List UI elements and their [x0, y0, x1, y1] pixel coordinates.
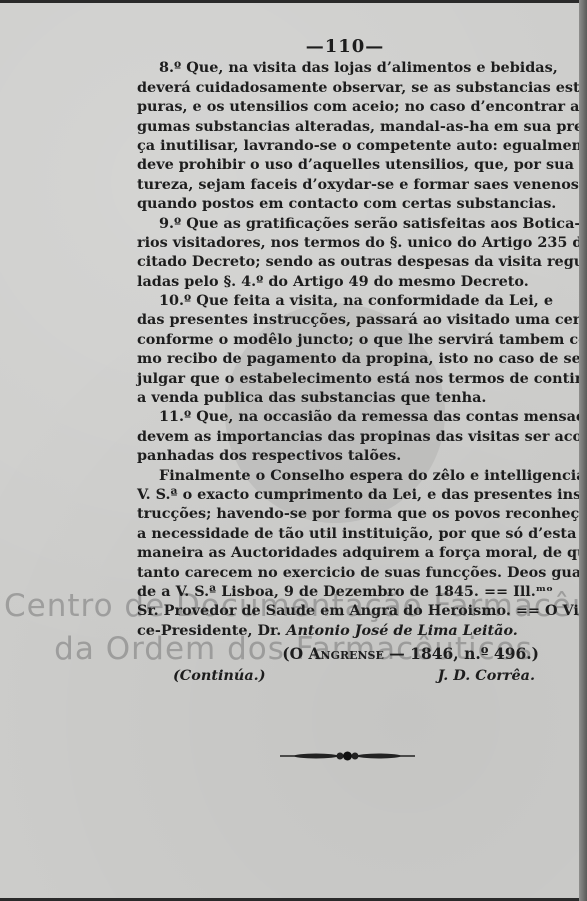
paragraph-item-8: 8.º Que, na visita das lojas d’alimentos…	[137, 58, 553, 213]
text-line: 10.º Que feita a visita, na conformidade…	[137, 291, 553, 310]
text-line: julgar que o estabelecimento está nos te…	[137, 369, 553, 388]
text-line: deverá cuidadosamente observar, se as su…	[137, 78, 553, 97]
text-line: ce-Presidente, Dr. Antonio José de Lima …	[137, 621, 553, 640]
text-line: gumas substancias alteradas, mandal-as-h…	[137, 117, 553, 136]
continued-note: (Continúa.)	[173, 666, 266, 685]
source-journal: Angrense	[308, 644, 383, 663]
text-line: das presentes instrucções, passará ao vi…	[137, 310, 553, 329]
signatory-name: Antonio José de Lima Leitão.	[286, 622, 518, 639]
text-line: a necessidade de tão util instituição, p…	[137, 524, 553, 543]
text-line: Finalmente o Conselho espera do zêlo e i…	[137, 466, 553, 485]
signatory-title: ce-Presidente, Dr.	[137, 622, 286, 639]
text-line: devem as importancias das propinas das v…	[137, 427, 553, 446]
text-line: ça inutilisar, lavrando-se o competente …	[137, 136, 553, 155]
text-line: mo recibo de pagamento da propina, isto …	[137, 349, 553, 368]
footer-line: (Continúa.) J. D. Corrêa.	[137, 666, 553, 685]
text-line: puras, e os utensilios com aceio; no cas…	[137, 97, 553, 116]
page-number: —110—	[137, 37, 553, 56]
text-line: tureza, sejam faceis d’oxydar-se e forma…	[137, 175, 553, 194]
paragraph-item-10: 10.º Que feita a visita, na conformidade…	[137, 291, 553, 407]
text-line: Sr. Provedor de Saude em Angra do Herois…	[137, 601, 553, 620]
text-line: citado Decreto; sendo as outras despesas…	[137, 252, 553, 271]
text-line: rios visitadores, nos termos do §. unico…	[137, 233, 553, 252]
text-line: panhadas dos respectivos talões.	[137, 446, 553, 465]
source-date-number: — 1846, n.º 496.)	[384, 644, 539, 663]
text-line: trucções; havendo-se por forma que os po…	[137, 504, 553, 523]
source-citation: (O Angrense — 1846, n.º 496.)	[137, 644, 553, 663]
text-line: tanto carecem no exercicio de suas funcç…	[137, 563, 553, 582]
text-line: conforme o modêlo juncto; o que lhe serv…	[137, 330, 553, 349]
text-line: quando postos em contacto com certas sub…	[137, 194, 553, 213]
text-line: 8.º Que, na visita das lojas d’alimentos…	[137, 58, 553, 77]
text-line: de a V. S.ª Lisboa, 9 de Dezembro de 184…	[137, 582, 553, 601]
ornament-divider-icon	[280, 748, 415, 764]
text-line: a venda publica das substancias que tenh…	[137, 388, 553, 407]
text-line: 9.º Que as gratificações serão satisfeit…	[137, 214, 553, 233]
paragraph-closing: Finalmente o Conselho espera do zêlo e i…	[137, 466, 553, 641]
text-line: deve prohibir o uso d’aquelles utensilio…	[137, 155, 553, 174]
author-signature: J. D. Corrêa.	[438, 666, 535, 685]
paragraph-item-11: 11.º Que, na occasião da remessa das con…	[137, 407, 553, 465]
scanned-page: Centro de Documentação Farmacêutica da O…	[0, 3, 580, 898]
text-line: ladas pelo §. 4.º do Artigo 49 do mesmo …	[137, 272, 553, 291]
text-line: maneira as Auctoridades adquirem a força…	[137, 543, 553, 562]
page-text: —110— 8.º Que, na visita das lojas d’ali…	[137, 37, 553, 685]
text-line: 11.º Que, na occasião da remessa das con…	[137, 407, 553, 426]
text-line: V. S.ª o exacto cumprimento da Lei, e da…	[137, 485, 553, 504]
source-open: (O	[282, 644, 308, 663]
paragraph-item-9: 9.º Que as gratificações serão satisfeit…	[137, 214, 553, 292]
book-binding-edge	[579, 0, 587, 901]
